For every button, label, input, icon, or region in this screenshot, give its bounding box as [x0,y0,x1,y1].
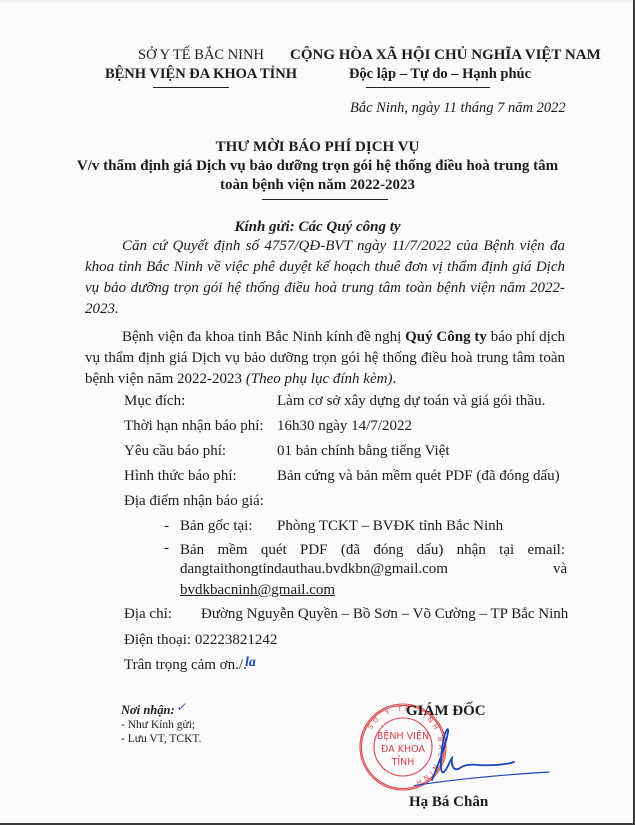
paragraph-request: Bệnh viện đa khoa tỉnh Bắc Ninh kính đề … [85,327,565,390]
organization-name: BỆNH VIỆN ĐA KHOA TỈNH [92,66,310,83]
header-left-divider [153,87,229,88]
recipient-item: - Như Kính gửi; [121,719,195,731]
paragraph-request-appendix-note: (Theo phụ lục đính kèm) [246,371,393,387]
info-value: 16h30 ngày 14/7/2022 [277,418,412,435]
paragraph-request-addressee: Quý Công ty [405,329,487,345]
soft-copy-text: Bản mềm quét PDF (đã đóng dấu) nhận tại … [180,540,565,561]
document-title: THƯ MỜI BÁO PHÍ DỊCH VỤ [0,139,635,156]
handwritten-check-icon: ✓ [176,700,186,715]
email-link-1[interactable]: dangtaithongtindauthau.bvdkbn@gmail.com [180,561,448,578]
place-and-date: Bắc Ninh, ngày 11 tháng 7 năm 2022 [350,100,558,117]
paragraph-legal-basis-text: Căn cứ Quyết định số 4757/QĐ-BVT ngày 11… [85,238,565,317]
bullet-dash: - [164,518,169,535]
email-link-2[interactable]: bvdkbacninh@gmail.com [180,582,335,599]
bullet-dash: - [164,540,169,557]
signatory-name: Hạ Bá Chân [409,794,488,811]
address-value: Đường Nguyễn Quyền – Bồ Sơn – Võ Cường –… [201,606,568,623]
national-motto: Độc lập – Tự do – Hạnh phúc [290,66,590,83]
original-copy-location: Phòng TCKT – BVĐK tỉnh Bắc Ninh [277,518,503,535]
info-label: Mục đích: [124,393,185,410]
svg-text:TỈNH: TỈNH [391,756,415,768]
document-page: SỞ Y TẾ BẮC NINH BỆNH VIỆN ĐA KHOA TỈNH … [0,0,635,825]
title-divider [262,199,388,200]
email-conjunction: và [553,561,567,578]
handwritten-initials: la [245,655,256,671]
info-value: 01 bản chính bằng tiếng Việt [277,443,450,460]
signatory-position: GIÁM ĐỐC [406,703,486,720]
recipient-item: - Lưu VT, TCKT. [121,733,201,745]
paragraph-request-text: Bệnh viện đa khoa tỉnh Bắc Ninh kính đề … [122,329,405,345]
handwritten-signature-icon [414,720,564,800]
document-subject-line-1: V/v thẩm định giá Dịch vụ bảo dưỡng trọn… [0,158,635,175]
national-title: CỘNG HÒA XÃ HỘI CHỦ NGHĨA VIỆT NAM [290,47,590,64]
phone-number: Điện thoại: 02223821242 [124,632,277,649]
agency-name: SỞ Y TẾ BẮC NINH [92,47,310,64]
info-label: Yêu cầu báo phí: [124,443,226,460]
info-value: Làm cơ sở xây dựng dự toán và giá gói th… [277,393,545,410]
original-copy-label: Bản gốc tại: [180,518,252,535]
address-label: Địa chỉ: [124,606,172,623]
paragraph-legal-basis: Căn cứ Quyết định số 4757/QĐ-BVT ngày 11… [85,236,565,320]
header-right-divider [366,87,490,88]
info-label: Địa điểm nhận báo giá: [124,493,264,510]
recipients-title: Nơi nhận: [121,703,175,718]
info-label: Hình thức báo phí: [124,468,237,485]
document-subject-line-2: toàn bệnh viện năm 2022-2023 [0,177,635,194]
info-label: Thời hạn nhận báo phí: [124,418,264,435]
info-value: Bản cứng và bản mềm quét PDF (đã đóng dấ… [277,468,560,485]
closing-remark: Trân trọng cảm ơn./. [124,657,247,674]
paragraph-request-end: . [392,371,396,387]
salutation: Kính gửi: Các Quý công ty [0,219,635,236]
